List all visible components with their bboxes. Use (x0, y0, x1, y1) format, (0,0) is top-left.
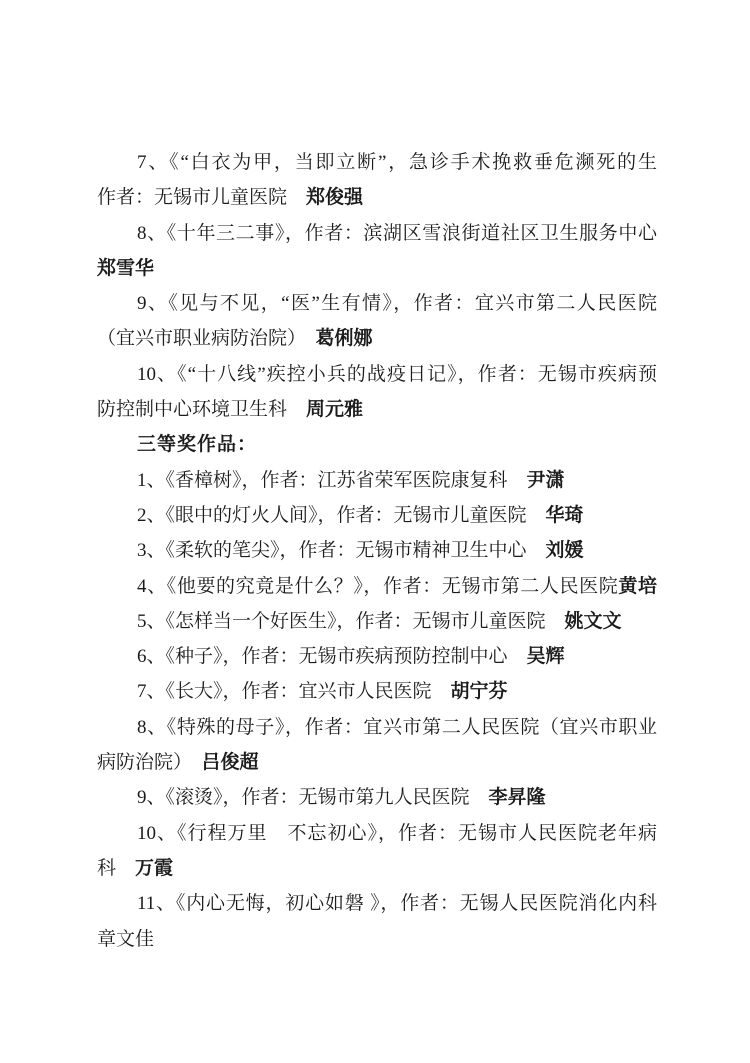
line-text: 6、《种子》，作者：无锡市疾病预防控制中心 (137, 646, 527, 667)
text-line: 10、《“十八线”疾控小兵的战疫日记》，作者：无锡市疾病预 (97, 357, 657, 392)
author-name: 郑俊强 (306, 187, 363, 208)
line-text: 章文佳 (97, 929, 154, 950)
text-line: （宜兴市职业病防治院） 葛俐娜 (97, 321, 657, 356)
text-line: 3、《柔软的笔尖》，作者：无锡市精神卫生中心 刘媛 (97, 533, 657, 568)
author-name: 郑雪华 (97, 258, 154, 279)
line-text: 8、《十年三二事》，作者：滨湖区雪浪街道社区卫生服务中心 (137, 223, 657, 244)
author-name: 吴辉 (527, 646, 565, 667)
text-line: 1、《香樟树》，作者：江苏省荣军医院康复科 尹潇 (97, 463, 657, 498)
line-text: 防控制中心环境卫生科 (97, 399, 306, 420)
text-line: 9、《滚烫》，作者：无锡市第九人民医院 李昇隆 (97, 780, 657, 815)
line-text: 10、《“十八线”疾控小兵的战疫日记》，作者：无锡市疾病预 (137, 364, 657, 385)
line-text: （宜兴市职业病防治院） (97, 328, 316, 349)
line-text: 2、《眼中的灯火人间》，作者：无锡市儿童医院 (137, 505, 546, 526)
text-line: 5、《怎样当一个好医生》，作者：无锡市儿童医院 姚文文 (97, 604, 657, 639)
section-heading: 三等奖作品： (97, 427, 657, 462)
line-text: 9、《滚烫》，作者：无锡市第九人民医院 (137, 787, 489, 808)
line-text: 9、《见与不见，“医”生有情》，作者：宜兴市第二人民医院 (137, 293, 657, 314)
text-line: 6、《种子》，作者：无锡市疾病预防控制中心 吴辉 (97, 639, 657, 674)
author-name: 葛俐娜 (316, 328, 373, 349)
line-text: 5、《怎样当一个好医生》，作者：无锡市儿童医院 (137, 611, 565, 632)
line-text: 7、《“白衣为甲，当即立断”，急诊手术挽救垂危濒死的生命》， (97, 152, 657, 180)
text-line: 10、《行程万里 不忘初心》，作者：无锡市人民医院老年病 (97, 816, 657, 851)
line-text: 病防治院） (97, 752, 202, 773)
line-text: 4、《他要的究竟是什么？》，作者：无锡市第二人民医院 (137, 576, 618, 597)
text-line: 9、《见与不见，“医”生有情》，作者：宜兴市第二人民医院 (97, 286, 657, 321)
author-name: 李昇隆 (489, 787, 546, 808)
author-name: 刘媛 (546, 540, 584, 561)
line-text: 10、《行程万里 不忘初心》，作者：无锡市人民医院老年病 (137, 823, 657, 844)
author-name: 万霞 (135, 858, 173, 879)
text-line: 作者：无锡市儿童医院 郑俊强 (97, 180, 657, 215)
line-text: 1、《香樟树》，作者：江苏省荣军医院康复科 (137, 470, 527, 491)
author-name: 尹潇 (527, 470, 565, 491)
text-line: 11、《内心无悔，初心如磐 》，作者：无锡人民医院消化内科 (97, 886, 657, 921)
text-line: 防控制中心环境卫生科 周元雅 (97, 392, 657, 427)
text-line: 病防治院） 吕俊超 (97, 745, 657, 780)
author-name: 吕俊超 (202, 752, 259, 773)
line-text: 3、《柔软的笔尖》，作者：无锡市精神卫生中心 (137, 540, 546, 561)
text-line: 7、《“白衣为甲，当即立断”，急诊手术挽救垂危濒死的生命》， (97, 145, 657, 180)
line-text: 11、《内心无悔，初心如磐 》，作者：无锡人民医院消化内科 (137, 893, 657, 914)
line-text: 作者：无锡市儿童医院 (97, 187, 306, 208)
heading-text: 三等奖作品： (137, 434, 257, 455)
text-line: 科 万霞 (97, 851, 657, 886)
document-text: 7、《“白衣为甲，当即立断”，急诊手术挽救垂危濒死的生命》，作者：无锡市儿童医院… (97, 145, 657, 957)
text-line: 8、《特殊的母子》，作者：宜兴市第二人民医院（宜兴市职业 (97, 710, 657, 745)
text-line: 2、《眼中的灯火人间》，作者：无锡市儿童医院 华琦 (97, 498, 657, 533)
author-name: 胡宁芬 (451, 681, 508, 702)
text-line: 章文佳 (97, 922, 657, 957)
scanned-document-page: 7、《“白衣为甲，当即立断”，急诊手术挽救垂危濒死的生命》，作者：无锡市儿童医院… (0, 0, 750, 1063)
text-line: 郑雪华 (97, 251, 657, 286)
author-name: 黄培 (618, 576, 657, 597)
line-text: 8、《特殊的母子》，作者：宜兴市第二人民医院（宜兴市职业 (137, 717, 657, 738)
line-text: 科 (97, 858, 135, 879)
author-name: 周元雅 (306, 399, 363, 420)
author-name: 华琦 (546, 505, 584, 526)
line-text: 7、《长大》，作者：宜兴市人民医院 (137, 681, 451, 702)
text-line: 8、《十年三二事》，作者：滨湖区雪浪街道社区卫生服务中心 (97, 216, 657, 251)
author-name: 姚文文 (565, 611, 622, 632)
text-line: 4、《他要的究竟是什么？》，作者：无锡市第二人民医院黄培 (97, 569, 657, 604)
text-line: 7、《长大》，作者：宜兴市人民医院 胡宁芬 (97, 674, 657, 709)
